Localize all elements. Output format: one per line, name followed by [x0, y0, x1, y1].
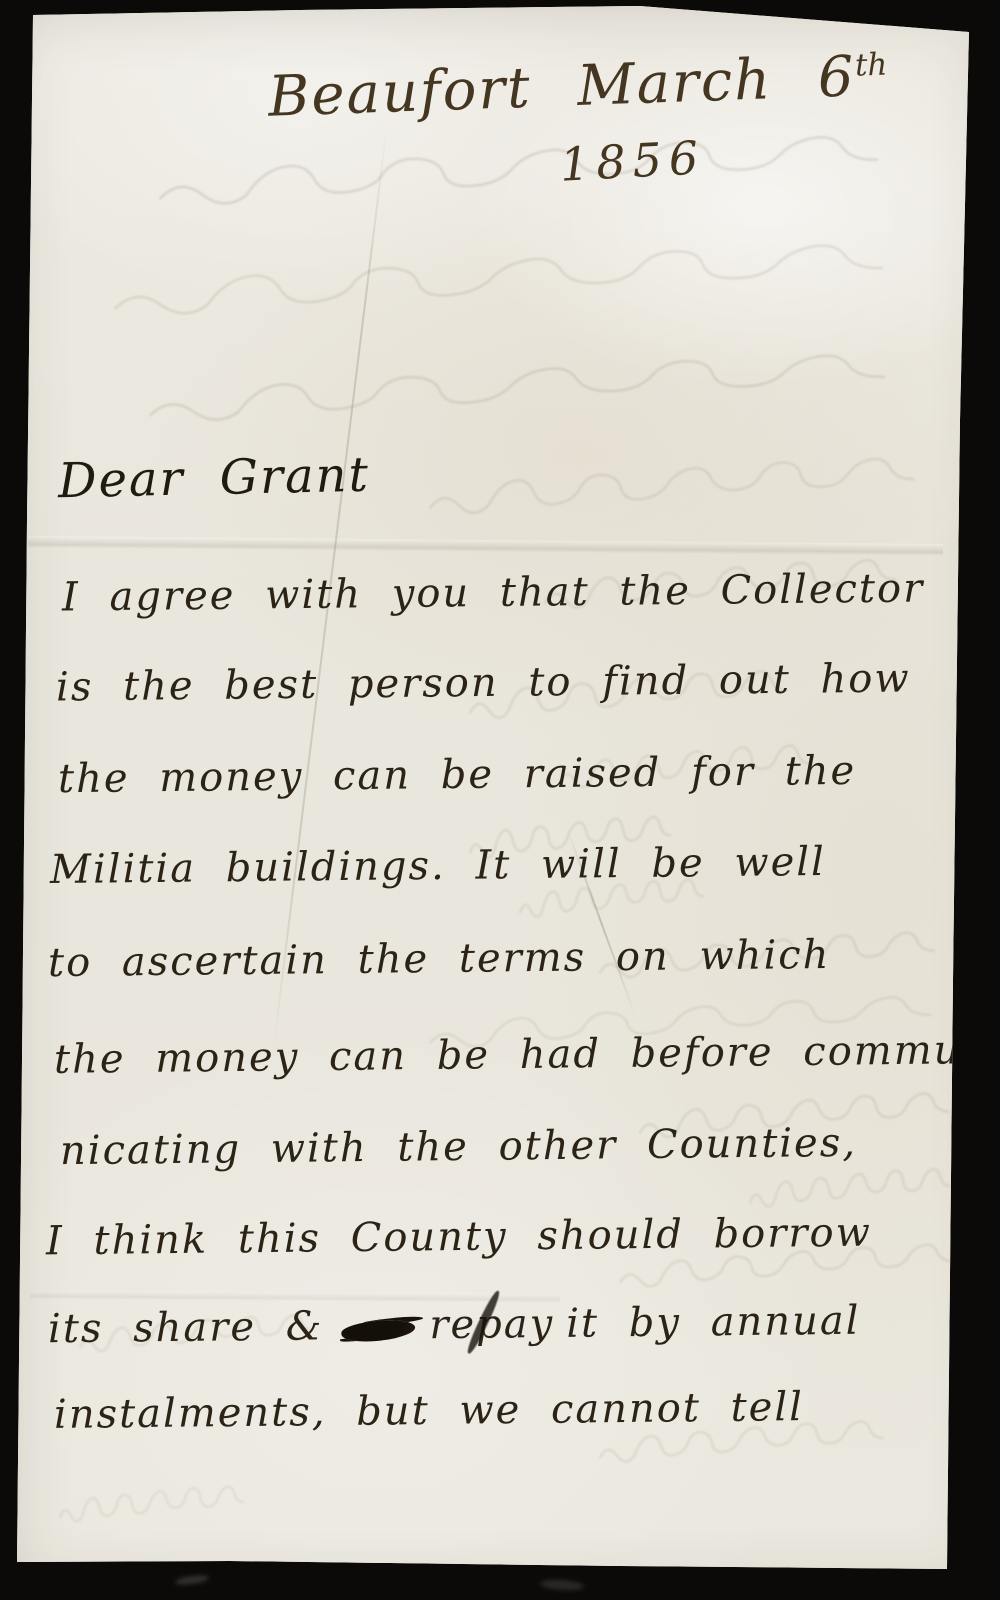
scanner-background: Beaufort March 6th 1856 Dear Grant I agr… [0, 0, 1000, 1600]
ghost-line [599, 932, 934, 978]
letter-body-line-with-correction: its share &repayit by annual [48, 1298, 861, 1353]
dateline-text: Beaufort March 6 [267, 44, 857, 129]
ghost-line [749, 1169, 950, 1208]
scanner-smudge [540, 1578, 585, 1591]
fold-crease-vertical [272, 125, 388, 1053]
letter-dateline: Beaufort March 6th [267, 43, 889, 130]
ghost-line [469, 817, 670, 859]
line9-after: it by annual [566, 1298, 861, 1347]
pencil-streak [566, 828, 636, 1017]
ghost-line [639, 1093, 949, 1138]
ghost-line [469, 670, 787, 718]
ghost-line [519, 879, 704, 917]
ghost-line [559, 745, 811, 788]
ghost-line [619, 1244, 954, 1288]
letter-body-line: I think this County should borrow [46, 1210, 872, 1265]
letter-page: Beaufort March 6th 1856 Dear Grant I agr… [0, 0, 1000, 1600]
fold-crease-horizontal-lower [30, 1290, 560, 1303]
line9-smeared-word: repay [429, 1301, 554, 1348]
letter-body-line: the money can be had before commu- [54, 1027, 977, 1083]
ghost-line [429, 996, 931, 1048]
scanner-smudge [175, 1574, 210, 1587]
ghost-line [429, 458, 914, 515]
letter-body-line: nicating with the other Counties, [60, 1120, 857, 1174]
letter-body-line: the money can be raised for the [58, 748, 857, 802]
letter-year: 1856 [559, 130, 707, 192]
letter-body-line: I agree with you that the Collector [62, 565, 925, 620]
ghost-line [79, 1314, 314, 1351]
letter-body-line: Militia buildings. It will be well [50, 839, 826, 893]
ghost-line [159, 135, 878, 205]
line9-before: its share & [48, 1303, 324, 1352]
letter-body-line: is the best person to find out how [56, 656, 911, 711]
ghost-line [59, 1486, 244, 1522]
dateline-ordinal: th [854, 47, 887, 84]
ghost-line [114, 244, 883, 316]
ink-blot-scratched-word [341, 1317, 417, 1345]
ghost-line [599, 1421, 884, 1463]
letter-body-line: to ascertain the terms on which [48, 932, 831, 986]
ghost-line [149, 354, 885, 422]
fold-crease-horizontal [28, 536, 943, 556]
ghost-line [544, 559, 896, 609]
bleedthrough-handwriting [0, 0, 1000, 1600]
letter-salutation: Dear Grant [57, 447, 370, 510]
letter-body-line: instalments, but we cannot tell [54, 1384, 804, 1438]
